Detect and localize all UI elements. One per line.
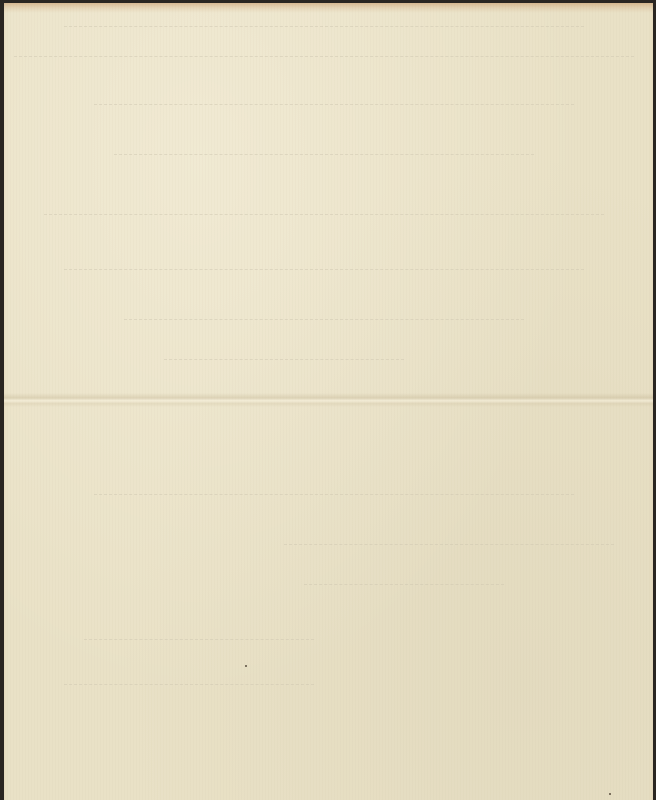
paper-speck [245, 665, 247, 667]
scanned-page [0, 0, 656, 800]
fold-crease [4, 393, 653, 407]
paper-speck [609, 793, 611, 795]
edge-stain [4, 3, 653, 13]
paper-sheet [4, 3, 653, 800]
